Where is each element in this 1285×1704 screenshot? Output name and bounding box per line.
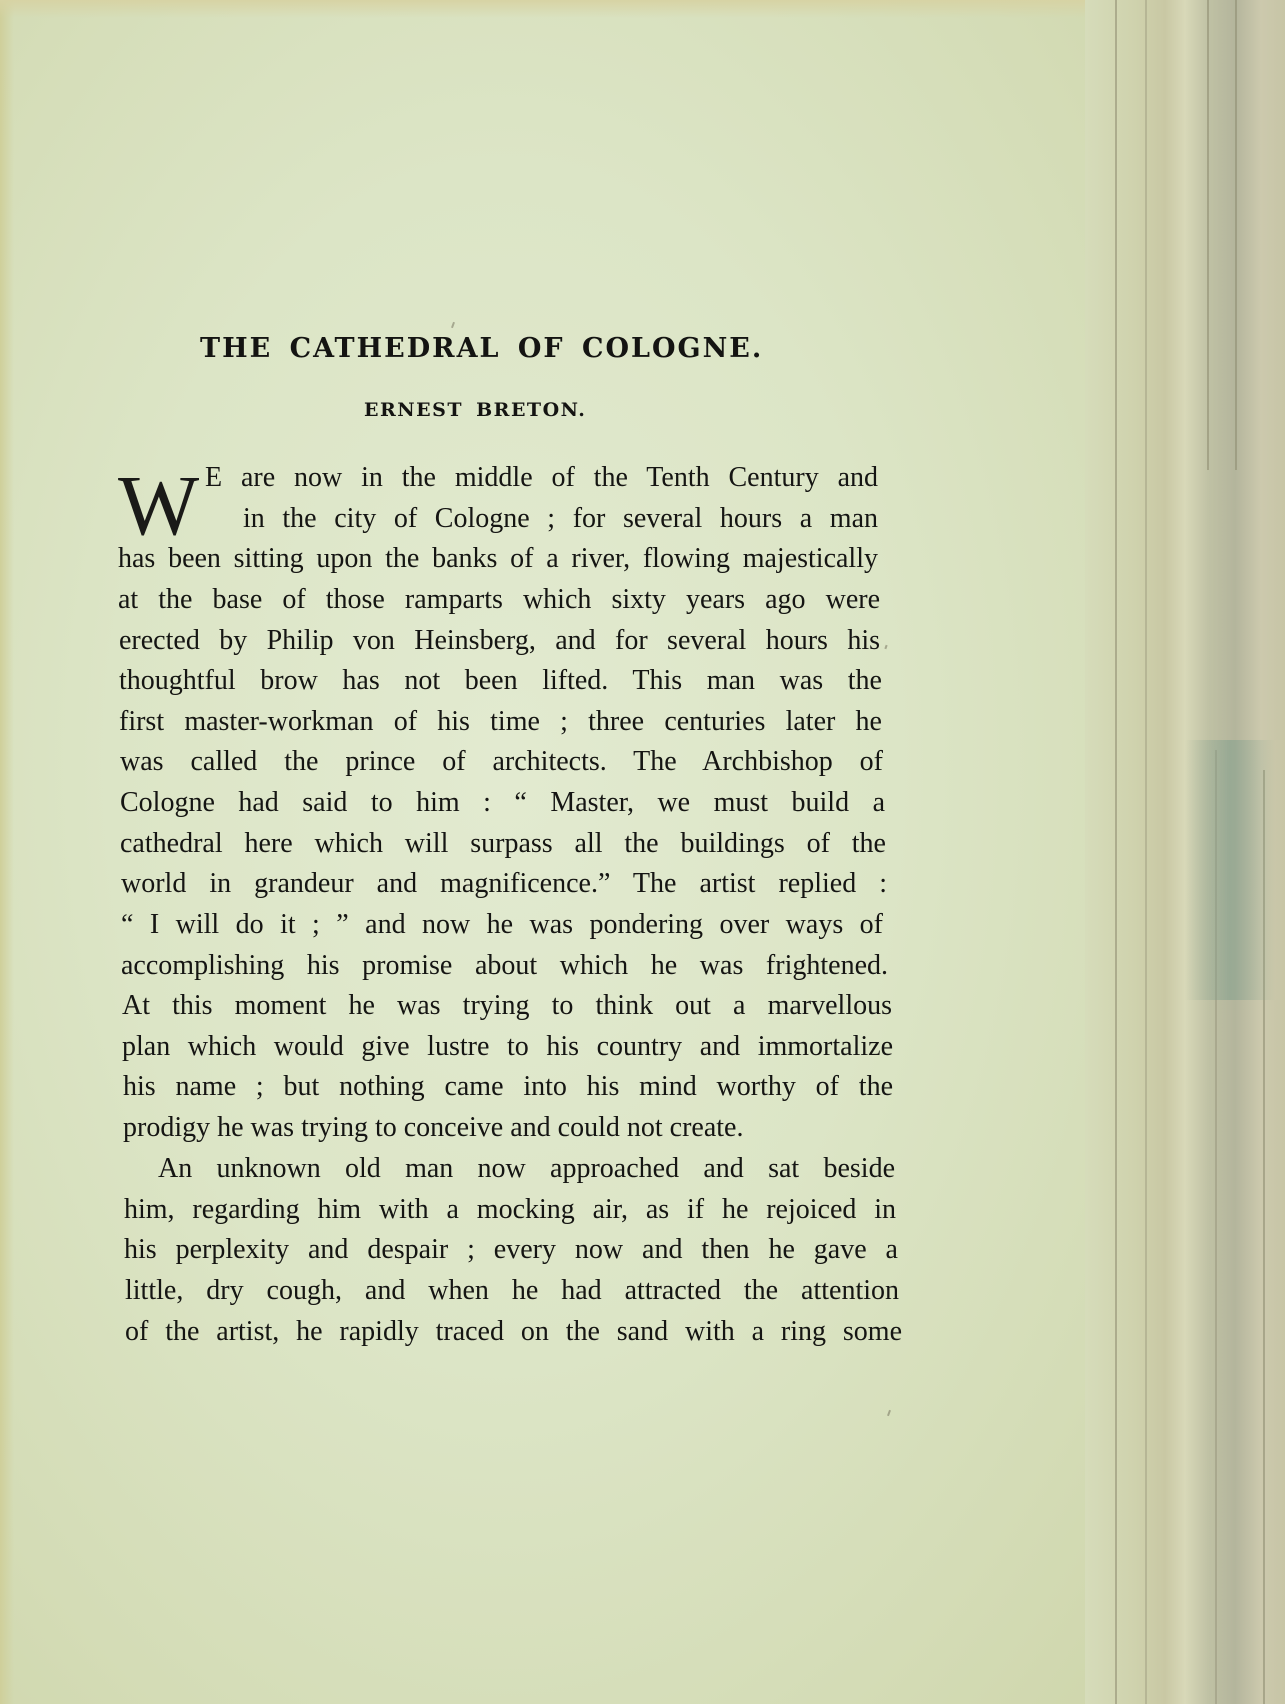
book-page-edges <box>1085 0 1285 1704</box>
page-edge-line <box>1235 0 1237 470</box>
book-page: THE CATHEDRAL OF COLOGNE. ERNEST BRETON.… <box>0 0 1120 1704</box>
text-line: plan which would give lustre to his coun… <box>122 1027 893 1067</box>
page-edge-line <box>1145 0 1147 1704</box>
text-line: thoughtful brow has not been lifted. Thi… <box>119 661 882 701</box>
paper-speck <box>884 645 887 649</box>
page-edge-line <box>1115 0 1117 1704</box>
page-edge-shade <box>1185 740 1275 1000</box>
text-line: of the artist, he rapidly traced on the … <box>125 1312 902 1352</box>
text-line: at the base of those ramparts which sixt… <box>118 580 880 620</box>
paper-speck <box>451 322 455 328</box>
text-line: his name ; but nothing came into his min… <box>123 1067 893 1107</box>
text-line: cathedral here which will surpass all th… <box>120 824 886 864</box>
paper-speck <box>887 1410 891 1416</box>
author-name: ERNEST BRETON. <box>364 399 586 421</box>
text-line: Cologne had said to him : “ Master, we m… <box>120 783 885 823</box>
text-line: first master-workman of his time ; three… <box>119 702 882 742</box>
text-line: prodigy he was trying to conceive and co… <box>123 1108 843 1148</box>
text-line: was called the prince of architects. The… <box>120 742 883 782</box>
text-line: accomplishing his promise about which he… <box>121 946 888 986</box>
chapter-title: THE CATHEDRAL OF COLOGNE. <box>0 333 1000 364</box>
text-line: him, regarding him with a mocking air, a… <box>124 1190 896 1230</box>
text-line: has been sitting upon the banks of a riv… <box>118 539 878 579</box>
text-line: erected by Philip von Heinsberg, and for… <box>119 621 880 661</box>
text-line: At this moment he was trying to think ou… <box>122 986 892 1026</box>
text-line: “ I will do it ; ” and now he was ponder… <box>121 905 883 945</box>
text-line: E are now in the middle of the Tenth Cen… <box>205 458 878 498</box>
text-line: his perplexity and despair ; every now a… <box>124 1230 898 1270</box>
drop-cap-letter: W <box>118 462 199 548</box>
text-line: An unknown old man now approached and sa… <box>158 1149 895 1189</box>
text-line: world in grandeur and magnificence.” The… <box>121 864 887 904</box>
text-line: little, dry cough, and when he had attra… <box>125 1271 899 1311</box>
text-line: in the city of Cologne ; for several hou… <box>243 499 878 539</box>
page-edge-line <box>1207 0 1209 470</box>
